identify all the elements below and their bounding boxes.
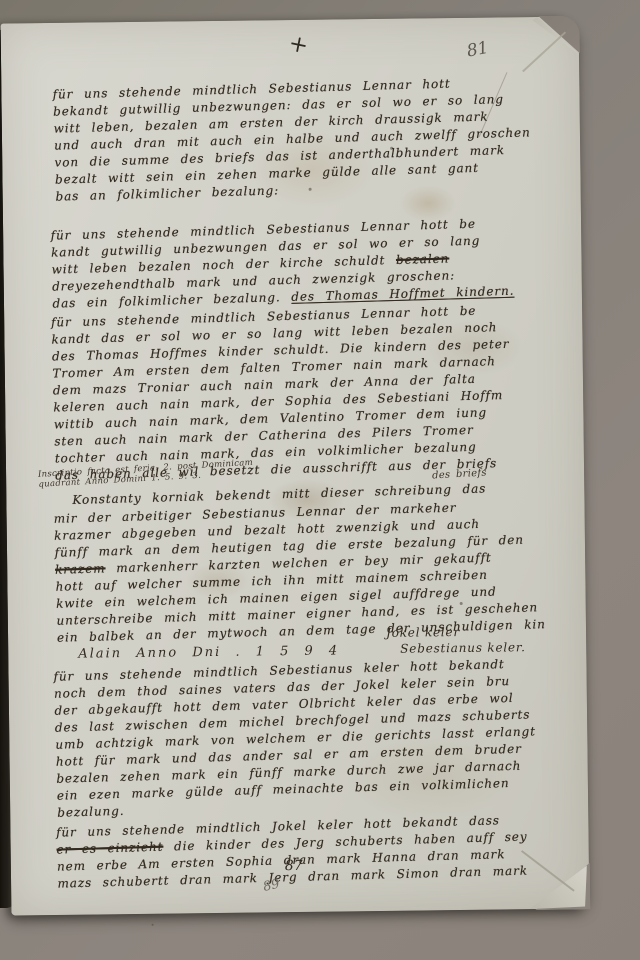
page-number-pencil: 89 xyxy=(262,877,281,895)
signature-block: Jokel keler Sebestianus keler. xyxy=(386,623,526,657)
ink-speck xyxy=(152,924,154,926)
marginal-right-note: des briefs xyxy=(432,468,487,481)
manuscript-paragraph-6: für uns stehende mindtlich Jokel keler h… xyxy=(56,811,529,892)
invocation-cross-mark: + xyxy=(286,30,310,59)
manuscript-paragraph-1: für uns stehende mindtlich Sebestianus L… xyxy=(52,73,532,205)
manuscript-photo: + 81 für uns stehende mindtlich Sebestia… xyxy=(0,0,640,960)
page-number-ink: 87 xyxy=(285,858,303,874)
crease-bottom-right xyxy=(521,850,574,891)
folio-number: 81 xyxy=(465,38,490,62)
dog-ear-bottom-right xyxy=(529,858,588,909)
signature-name: Sebestianus keler. xyxy=(386,639,526,657)
struck-word: bezalen xyxy=(396,251,450,266)
dateline-anno-1594: Alain Anno Dni . 1 5 9 4 xyxy=(78,643,339,661)
crease-top-right xyxy=(522,31,566,71)
manuscript-paragraph-5: für uns stehende mindtlich Sebestianus k… xyxy=(53,655,538,821)
struck-word: krazem xyxy=(55,561,106,576)
manuscript-paragraph-2: für uns stehende mindtlich Sebestianus L… xyxy=(50,215,514,313)
signature-name: Jokel keler xyxy=(386,623,526,641)
manuscript-page: + 81 für uns stehende mindtlich Sebestia… xyxy=(1,17,590,916)
manuscript-paragraph-3: für uns stehende mindtlich Sebestianus L… xyxy=(51,302,513,485)
struck-phrase: er es einzieht xyxy=(56,840,163,857)
